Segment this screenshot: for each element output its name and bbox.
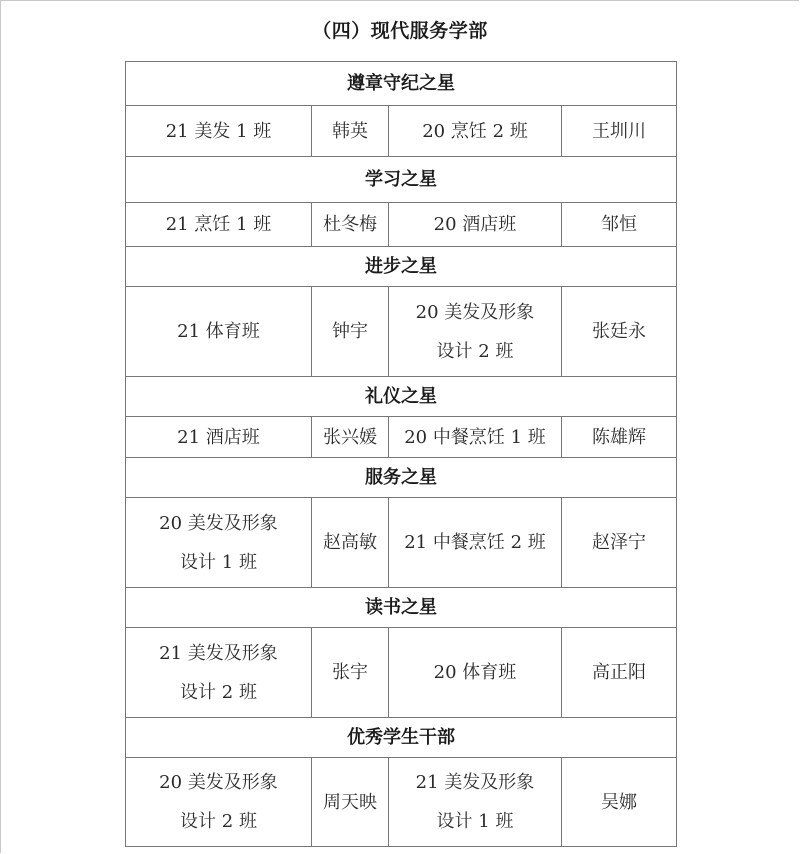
section-header: 服务之星 (126, 458, 677, 498)
section-header: 优秀学生干部 (126, 718, 677, 758)
section-header-row: 遵章守纪之星 (126, 62, 677, 106)
student-name-cell: 张廷永 (562, 287, 677, 377)
student-name-cell: 吴娜 (562, 758, 677, 847)
table-row: 21 美发 1 班 韩英 20 烹饪 2 班 王圳川 (126, 106, 677, 157)
class-cell: 20 美发及形象 设计 2 班 (389, 287, 562, 377)
class-cell: 20 体育班 (389, 628, 562, 718)
section-header-row: 学习之星 (126, 157, 677, 203)
table-row: 21 美发及形象 设计 2 班 张宇 20 体育班 高正阳 (126, 628, 677, 718)
section-header: 进步之星 (126, 247, 677, 287)
section-header-row: 礼仪之星 (126, 377, 677, 417)
class-cell: 21 体育班 (126, 287, 312, 377)
table-row: 21 酒店班 张兴媛 20 中餐烹饪 1 班 陈雄辉 (126, 417, 677, 458)
class-cell: 20 美发及形象 设计 2 班 (126, 758, 312, 847)
table-row: 20 美发及形象 设计 1 班 赵高敏 21 中餐烹饪 2 班 赵泽宁 (126, 498, 677, 588)
student-name-cell: 杜冬梅 (312, 203, 389, 247)
class-cell: 21 中餐烹饪 2 班 (389, 498, 562, 588)
section-header-row: 优秀学生干部 (126, 718, 677, 758)
class-cell: 20 酒店班 (389, 203, 562, 247)
student-name-cell: 周天映 (312, 758, 389, 847)
class-cell: 21 酒店班 (126, 417, 312, 458)
student-name-cell: 赵高敏 (312, 498, 389, 588)
student-name-cell: 张宇 (312, 628, 389, 718)
class-cell: 20 烹饪 2 班 (389, 106, 562, 157)
class-cell: 20 美发及形象 设计 1 班 (126, 498, 312, 588)
student-name-cell: 赵泽宁 (562, 498, 677, 588)
awards-table: 遵章守纪之星 21 美发 1 班 韩英 20 烹饪 2 班 王圳川 学习之星 2… (125, 61, 677, 847)
section-header-row: 读书之星 (126, 588, 677, 628)
student-name-cell: 王圳川 (562, 106, 677, 157)
section-header-row: 服务之星 (126, 458, 677, 498)
class-cell: 21 美发及形象 设计 1 班 (389, 758, 562, 847)
table-row: 20 美发及形象 设计 2 班 周天映 21 美发及形象 设计 1 班 吴娜 (126, 758, 677, 847)
class-cell: 21 烹饪 1 班 (126, 203, 312, 247)
student-name-cell: 陈雄辉 (562, 417, 677, 458)
section-header-row: 进步之星 (126, 247, 677, 287)
class-cell: 21 美发及形象 设计 2 班 (126, 628, 312, 718)
section-header: 读书之星 (126, 588, 677, 628)
class-cell: 21 美发 1 班 (126, 106, 312, 157)
section-header: 礼仪之星 (126, 377, 677, 417)
table-row: 21 体育班 钟宇 20 美发及形象 设计 2 班 张廷永 (126, 287, 677, 377)
student-name-cell: 钟宇 (312, 287, 389, 377)
student-name-cell: 韩英 (312, 106, 389, 157)
section-header: 学习之星 (126, 157, 677, 203)
page-title: （四）现代服务学部 (0, 16, 800, 43)
student-name-cell: 邹恒 (562, 203, 677, 247)
student-name-cell: 张兴媛 (312, 417, 389, 458)
table-row: 21 烹饪 1 班 杜冬梅 20 酒店班 邹恒 (126, 203, 677, 247)
section-header: 遵章守纪之星 (126, 62, 677, 106)
student-name-cell: 高正阳 (562, 628, 677, 718)
class-cell: 20 中餐烹饪 1 班 (389, 417, 562, 458)
